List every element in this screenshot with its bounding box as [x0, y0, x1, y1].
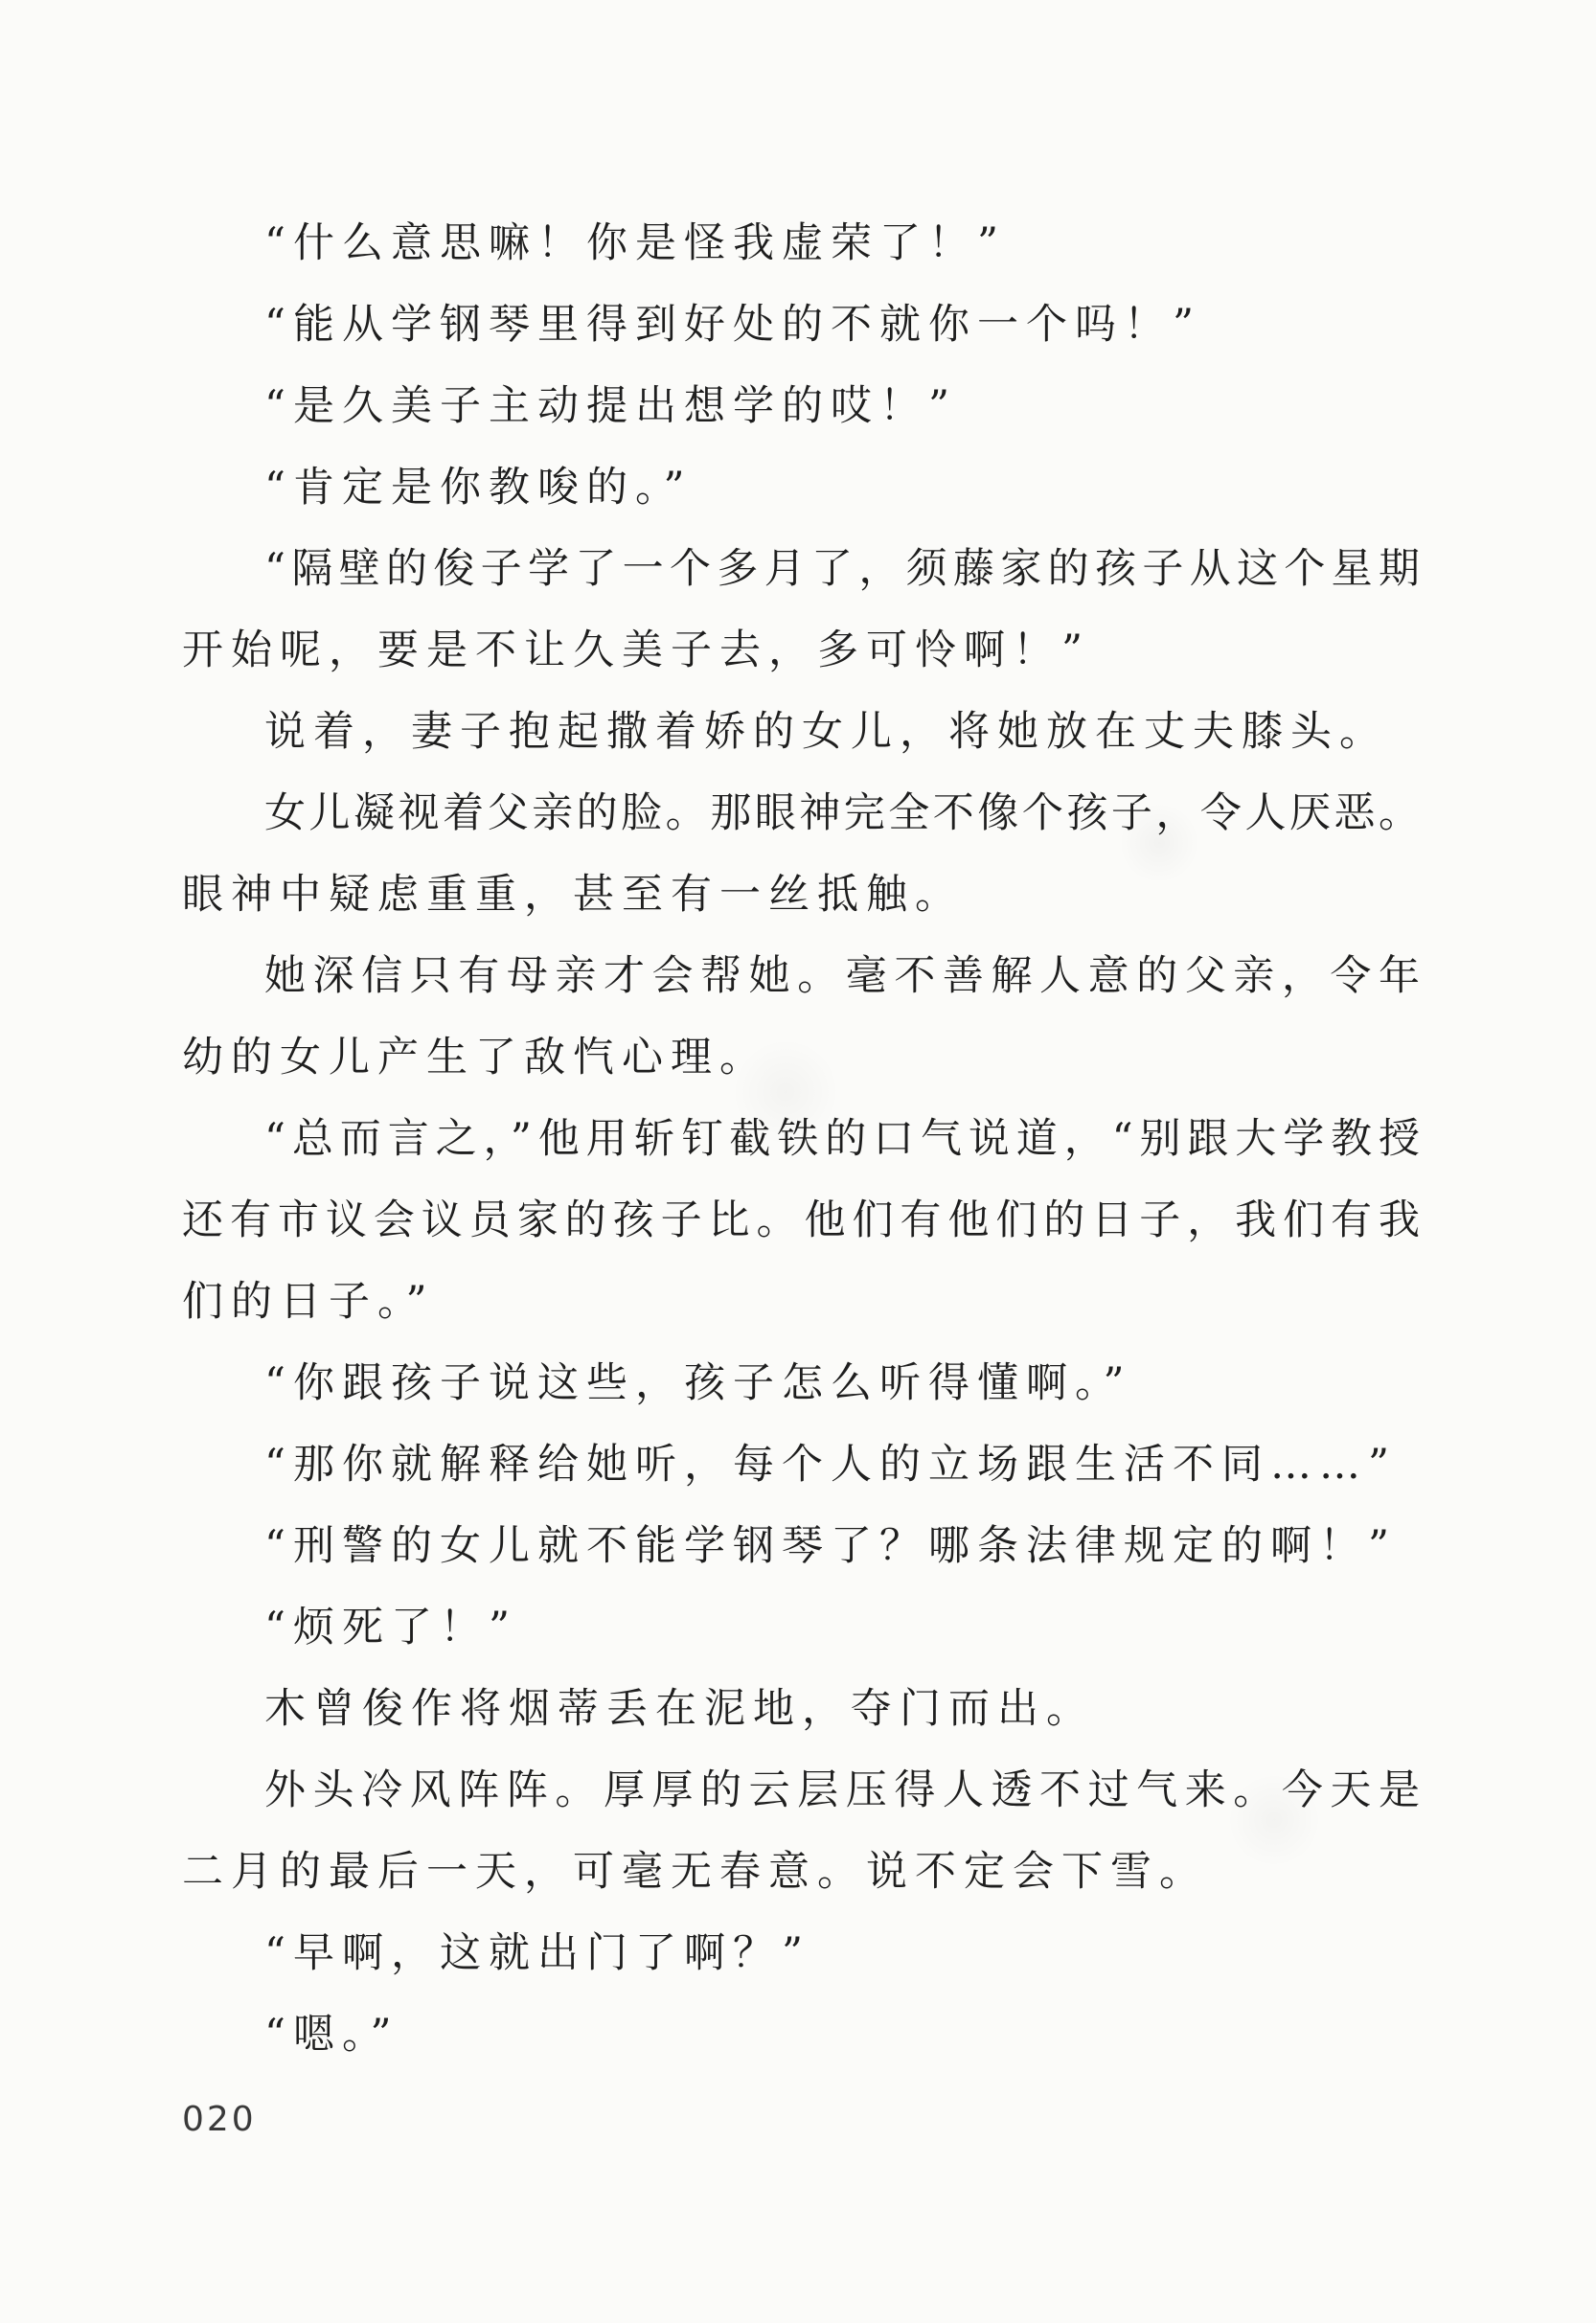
- text-line: “那你就解释给她听，每个人的立场跟生活不同……”: [182, 1424, 1420, 1506]
- text-line: 她深信只有母亲才会帮她。毫不善解人意的父亲，令年: [182, 936, 1420, 1017]
- text-line: “早啊，这就出门了啊？”: [182, 1913, 1420, 1994]
- text-line: 二月的最后一天，可毫无春意。说不定会下雪。: [182, 1832, 1420, 1913]
- text-line: “刑警的女儿就不能学钢琴了？哪条法律规定的啊！”: [182, 1506, 1420, 1587]
- text-line: 说着，妻子抱起撒着娇的女儿，将她放在丈夫膝头。: [182, 692, 1420, 773]
- text-line: 幼的女儿产生了敌忾心理。: [182, 1017, 1420, 1099]
- text-line: “你跟孩子说这些，孩子怎么听得懂啊。”: [182, 1343, 1420, 1424]
- page-number: 020: [182, 2100, 257, 2139]
- book-page: “什么意思嘛！你是怪我虚荣了！”“能从学钢琴里得到好处的不就你一个吗！”“是久美…: [0, 0, 1596, 2323]
- text-line: “总而言之，”他用斩钉截铁的口气说道，“别跟大学教授: [182, 1099, 1420, 1180]
- text-line: 们的日子。”: [182, 1262, 1420, 1343]
- text-line: “是久美子主动提出想学的哎！”: [182, 366, 1420, 447]
- text-line: “烦死了！”: [182, 1587, 1420, 1669]
- text-line: “隔壁的俊子学了一个多月了，须藤家的孩子从这个星期: [182, 529, 1420, 610]
- text-line: “肯定是你教唆的。”: [182, 447, 1420, 529]
- text-line: 开始呢，要是不让久美子去，多可怜啊！”: [182, 610, 1420, 692]
- text-line: “能从学钢琴里得到好处的不就你一个吗！”: [182, 285, 1420, 366]
- text-line: “嗯。”: [182, 1994, 1420, 2076]
- text-line: 眼神中疑虑重重，甚至有一丝抵触。: [182, 854, 1420, 936]
- body-text: “什么意思嘛！你是怪我虚荣了！”“能从学钢琴里得到好处的不就你一个吗！”“是久美…: [182, 203, 1420, 2076]
- text-line: “什么意思嘛！你是怪我虚荣了！”: [182, 203, 1420, 285]
- text-line: 女儿凝视着父亲的脸。那眼神完全不像个孩子，令人厌恶。: [182, 773, 1420, 854]
- text-line: 外头冷风阵阵。厚厚的云层压得人透不过气来。今天是: [182, 1750, 1420, 1832]
- text-line: 木曾俊作将烟蒂丢在泥地，夺门而出。: [182, 1669, 1420, 1750]
- text-line: 还有市议会议员家的孩子比。他们有他们的日子，我们有我: [182, 1180, 1420, 1262]
